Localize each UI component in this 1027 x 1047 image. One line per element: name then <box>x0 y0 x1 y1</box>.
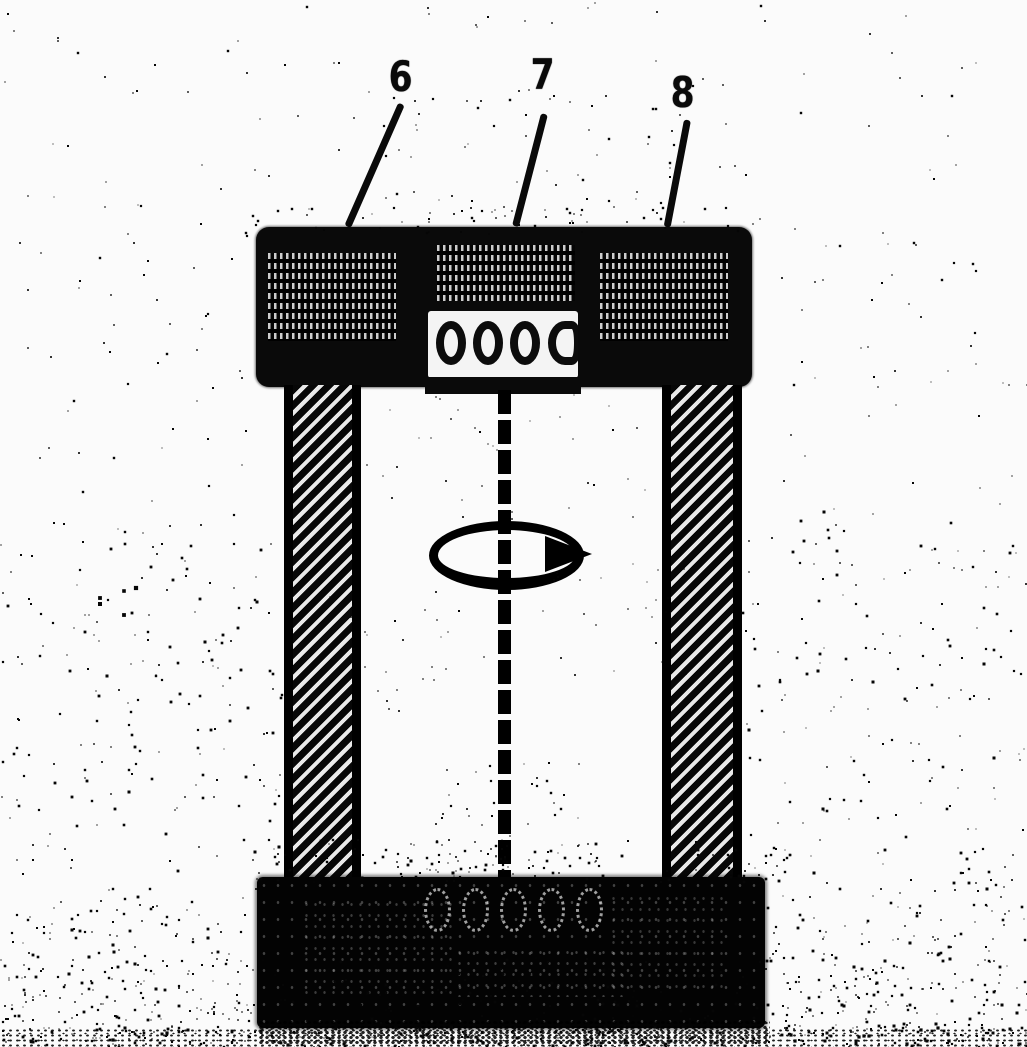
base-coil-loop-icon <box>500 888 527 932</box>
part-label-6: 6 <box>389 56 413 98</box>
leader-line-7 <box>512 113 548 227</box>
base-coil-loop-icon <box>462 888 489 932</box>
coil-window <box>428 311 578 378</box>
coil-loop-icon <box>436 321 466 365</box>
leader-line-6 <box>344 103 404 229</box>
mesh-texture-left <box>268 253 396 341</box>
base-coil-band <box>424 888 619 946</box>
base-coil-loop-icon <box>424 888 451 932</box>
rotation-axis-line <box>498 390 511 888</box>
mesh-texture-center <box>437 245 575 301</box>
scan-noise-layer <box>0 0 2 2</box>
base-block <box>257 877 765 1028</box>
mesh-texture-right <box>600 253 728 341</box>
part-label-7: 7 <box>531 54 555 96</box>
base-dot-cluster <box>455 947 627 997</box>
coil-loop-icon <box>473 321 503 365</box>
leader-line-8 <box>664 119 691 227</box>
base-coil-loop-icon <box>538 888 565 932</box>
figure-canvas: 6 7 8 <box>0 0 1027 1047</box>
coil-loop-icon <box>510 321 540 365</box>
base-coil-loop-icon <box>576 888 603 932</box>
right-column-hatched <box>662 385 742 885</box>
bottom-noise-band <box>0 1028 1027 1047</box>
left-column-hatched <box>284 385 361 885</box>
rotation-arrowhead-icon <box>545 536 592 572</box>
part-label-8: 8 <box>671 72 695 114</box>
coil-loop-icon <box>548 321 578 365</box>
